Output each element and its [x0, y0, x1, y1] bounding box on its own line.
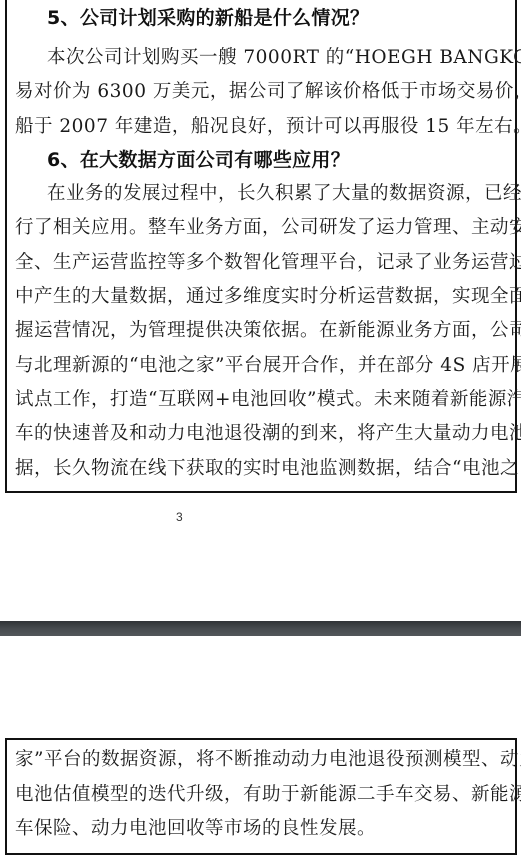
paragraph-line: 家”平台的数据资源，将不断推动动力电池退役预测模型、动力 [15, 745, 505, 775]
paragraph-line: 试点工作，打造“互联网+电池回收”模式。未来随着新能源汽 [15, 385, 505, 415]
paragraph-line: 船于 2007 年建造，船况良好，预计可以再服役 15 年左右。 [15, 112, 505, 142]
paragraph-line: 车的快速普及和动力电池退役潮的到来，将产生大量动力电池数 [15, 419, 505, 449]
section-6-heading: 6、在大数据方面公司有哪些应用？ [47, 145, 350, 175]
section-5-heading: 5、公司计划采购的新船是什么情况？ [47, 3, 369, 33]
paragraph-line: 据，长久物流在线下获取的实时电池监测数据，结合“电池之 [15, 454, 505, 484]
paragraph-line: 全、生产运营监控等多个数智化管理平台，记录了业务运营过程 [15, 248, 505, 278]
document-page-3: 5、公司计划采购的新船是什么情况？ 本次公司计划购买一艘 7000RT 的“HO… [0, 0, 521, 621]
page-separator [0, 621, 521, 636]
page-number: 3 [176, 510, 183, 524]
paragraph-line: 在业务的发展过程中，长久积累了大量的数据资源，已经进 [47, 179, 505, 209]
paragraph-line: 中产生的大量数据，通过多维度实时分析运营数据，实现全面掌 [15, 282, 505, 312]
paragraph-line: 与北理新源的“电池之家”平台展开合作，并在部分 4S 店开展 [15, 351, 505, 381]
document-page-4: 家”平台的数据资源，将不断推动动力电池退役预测模型、动力 电池估值模型的迭代升级… [0, 636, 521, 855]
paragraph-line: 本次公司计划购买一艘 7000RT 的“HOEGH BANGKOK”号，交 [47, 43, 505, 73]
paragraph-line: 行了相关应用。整车业务方面，公司研发了运力管理、主动安 [15, 213, 505, 243]
paragraph-line: 易对价为 6300 万美元，据公司了解该价格低于市场交易价，该 [15, 77, 505, 107]
paragraph-line: 电池估值模型的迭代升级，有助于新能源二手车交易、新能源汽 [15, 780, 505, 810]
paragraph-line: 握运营情况，为管理提供决策依据。在新能源业务方面，公司已 [15, 316, 505, 346]
paragraph-line: 车保险、动力电池回收等市场的良性发展。 [15, 814, 505, 844]
